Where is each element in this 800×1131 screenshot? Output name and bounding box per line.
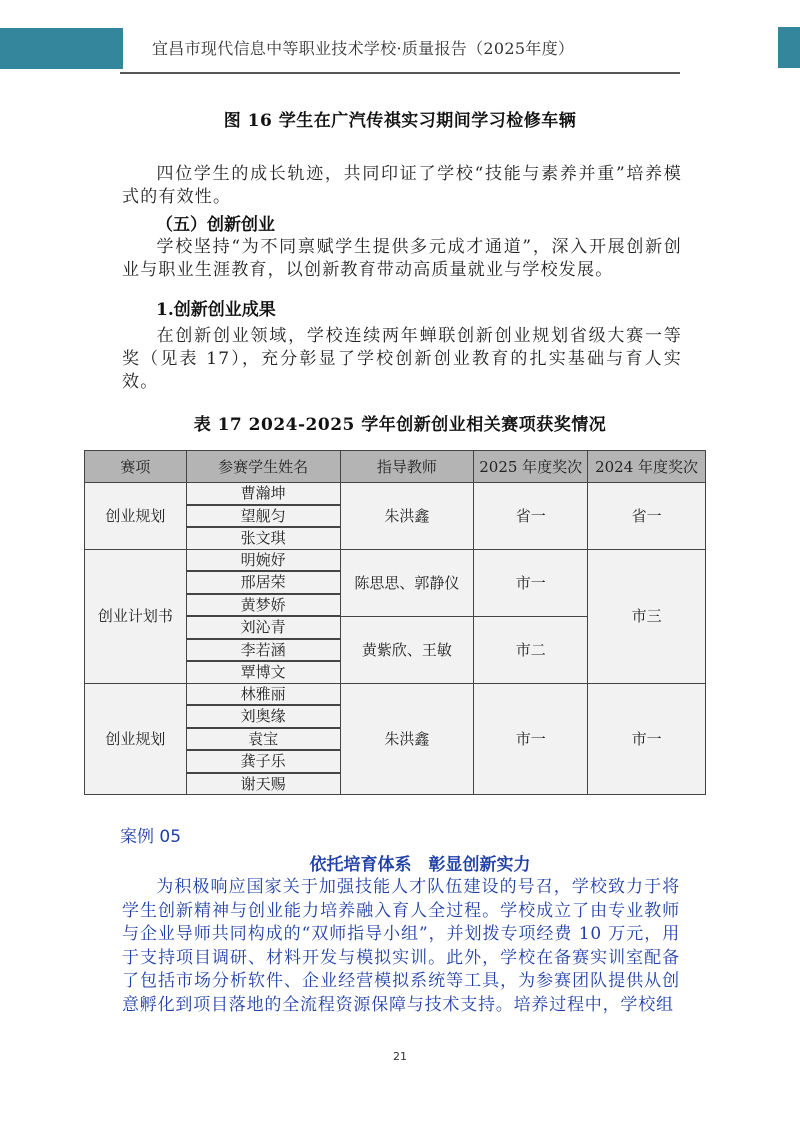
award-2024-cell: 市一 [588, 683, 706, 795]
student-name: 张文琪 [186, 527, 340, 549]
header-event: 赛项 [85, 451, 187, 483]
award-2025-cell: 市一 [474, 549, 588, 616]
header-award-2025: 2025 年度奖次 [474, 451, 588, 483]
table-row: 创业规划 曹瀚坤 朱洪鑫 省一 省一 [85, 483, 706, 505]
event-cell: 创业规划 [85, 483, 187, 550]
student-name: 刘沁青 [186, 616, 340, 639]
award-2025-cell: 市一 [474, 683, 588, 795]
paragraph-growth: 四位学生的成长轨迹，共同印证了学校“技能与素养并重”培养模式的有效性。 [122, 163, 682, 209]
running-header-title: 宜昌市现代信息中等职业技术学校·质量报告（2025年度） [152, 36, 574, 59]
student-name: 曹瀚坤 [186, 483, 340, 505]
student-name: 袁宝 [186, 728, 340, 751]
student-name: 覃博文 [186, 661, 340, 683]
table-row: 创业计划书 明婉妤 陈思思、郭静仪 市一 市三 [85, 549, 706, 571]
header-students: 参赛学生姓名 [186, 451, 340, 483]
header-accent-bar-right [778, 27, 800, 68]
award-2025-cell: 省一 [474, 483, 588, 550]
awards-table: 赛项 参赛学生姓名 指导教师 2025 年度奖次 2024 年度奖次 创业规划 … [84, 450, 706, 795]
event-cell: 创业计划书 [85, 549, 187, 683]
student-name: 李若涵 [186, 639, 340, 662]
teacher-cell: 朱洪鑫 [340, 483, 474, 550]
student-name: 刘奥缘 [186, 705, 340, 728]
figure-caption: 图 16 学生在广汽传祺实习期间学习检修车辆 [0, 106, 800, 131]
header-award-2024: 2024 年度奖次 [588, 451, 706, 483]
student-name: 邢居荣 [186, 571, 340, 594]
teacher-cell: 陈思思、郭静仪 [340, 549, 474, 616]
paragraph-text: 四位学生的成长轨迹，共同印证了学校“技能与素养并重”培养模式的有效性。 [122, 164, 682, 207]
header-accent-bar-left [0, 28, 123, 69]
case-body-text: 为积极响应国家关于加强技能人才队伍建设的号召，学校致力于将学生创新精神与创业能力… [122, 877, 680, 1015]
table-header-row: 赛项 参赛学生姓名 指导教师 2025 年度奖次 2024 年度奖次 [85, 451, 706, 483]
award-2024-cell: 市三 [588, 549, 706, 683]
table-row: 创业规划 林雅丽 朱洪鑫 市一 市一 [85, 683, 706, 705]
teacher-cell: 朱洪鑫 [340, 683, 474, 795]
paragraph-innovation-intro: 学校坚持“为不同禀赋学生提供多元成才通道”，深入开展创新创业与职业生涯教育，以创… [122, 236, 682, 282]
award-2024-cell: 省一 [588, 483, 706, 550]
paragraph-text: 学校坚持“为不同禀赋学生提供多元成才通道”，深入开展创新创业与职业生涯教育，以创… [122, 237, 682, 280]
case-title: 依托培育体系 彰显创新实力 [0, 850, 800, 875]
case-body: 为积极响应国家关于加强技能人才队伍建设的号召，学校致力于将学生创新精神与创业能力… [122, 876, 680, 1017]
event-cell: 创业规划 [85, 683, 187, 795]
teacher-cell: 黄紫欣、王敏 [340, 616, 474, 683]
award-2025-cell: 市二 [474, 616, 588, 683]
paragraph-results: 在创新创业领域，学校连续两年蝉联创新创业规划省级大赛一等奖（见表 17），充分彰… [122, 325, 682, 394]
page-number: 21 [0, 1050, 800, 1063]
student-name: 谢天赐 [186, 773, 340, 795]
student-name: 林雅丽 [186, 683, 340, 705]
header-rule [120, 72, 680, 74]
case-label: 案例 05 [120, 822, 181, 847]
table-caption: 表 17 2024-2025 学年创新创业相关赛项获奖情况 [0, 410, 800, 435]
paragraph-text: 在创新创业领域，学校连续两年蝉联创新创业规划省级大赛一等奖（见表 17），充分彰… [122, 326, 682, 392]
section-heading-innovation: （五）创新创业 [156, 210, 275, 235]
student-name: 黄梦娇 [186, 594, 340, 617]
header-teacher: 指导教师 [340, 451, 474, 483]
student-name: 明婉妤 [186, 549, 340, 571]
student-name: 龚子乐 [186, 750, 340, 773]
student-name: 望舰匀 [186, 505, 340, 528]
subheading-results: 1.创新创业成果 [156, 295, 276, 320]
